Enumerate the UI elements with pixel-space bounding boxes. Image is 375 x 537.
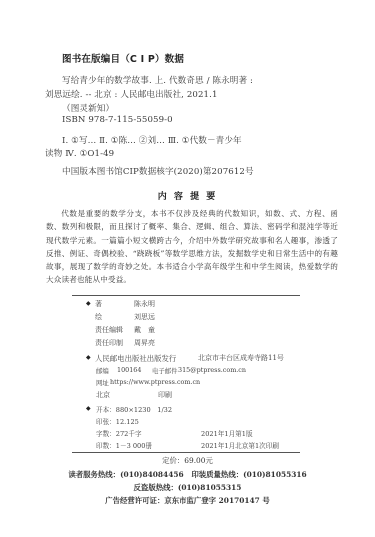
hotline-row: 读者服务热线：(010)84084456 印装质量热线：(010)8105531… <box>0 469 375 480</box>
publisher-name: 人民邮电出版社出版发行 <box>95 353 176 364</box>
words-spec: 字数：272千字 <box>96 428 142 438</box>
cip-publisher-line: 刘思远绘. -- 北京 : 人民邮电出版社, 2021.1 <box>45 88 218 100</box>
summary-body: 代数是重要的数学分支，本书不仅涉及经典的代数知识，如数、式、方程、函数、数列和极… <box>46 207 338 287</box>
ad-license-label: 广告经营许可证：京东市监广登字 <box>105 496 216 505</box>
website[interactable]: https://www.ptpress.com.cn <box>110 378 200 386</box>
copies-spec: 印数：1－3 000册 <box>96 440 152 450</box>
divider-top <box>72 295 300 296</box>
format-spec: 开本：880×1230 1/32 <box>96 404 172 414</box>
website-label: 网址 <box>96 378 109 387</box>
print-city: 北京 <box>96 390 110 400</box>
quality-hotline: (010)81055316 <box>243 470 307 479</box>
divider-bottom <box>72 452 300 453</box>
cip-record-number: 中国版本图书馆CIP数据核字(2020)第207612号 <box>62 165 254 177</box>
ad-license-row: 广告经营许可证：京东市监广登字 20170147 号 <box>0 495 375 506</box>
author-name: 陈永明 <box>134 299 155 309</box>
quality-hotline-label: 印装质量热线： <box>191 470 243 479</box>
cip-classification-line: Ⅰ. ①写… Ⅱ. ①陈… ②刘… Ⅲ. ①代数－青少年 <box>62 134 242 146</box>
postcode-label: 邮编 <box>96 366 109 375</box>
illustrator-name: 刘思远 <box>134 312 155 322</box>
bullet-icon: ◆ <box>86 300 91 307</box>
editor-name: 戴 童 <box>134 325 155 335</box>
postcode: 100164 <box>117 366 141 374</box>
editor-label: 责任编辑 <box>95 325 123 335</box>
ad-license-suffix: 号 <box>262 496 269 505</box>
reader-hotline: (010)84084456 <box>120 470 184 479</box>
cip-heading: 图书在版编目（C I P）数据 <box>62 51 184 65</box>
print-manager-name: 周昇亮 <box>134 338 155 348</box>
bullet-icon: ◆ <box>86 354 91 361</box>
print-manager-label: 责任印制 <box>95 338 123 348</box>
cip-isbn-line: ISBN 978-7-115-55059-0 <box>62 115 173 125</box>
email[interactable]: 315@ptpress.com.cn <box>178 366 246 374</box>
piracy-hotline: (010)81055315 <box>178 483 242 492</box>
piracy-row: 反盗版热线：(010)81055315 <box>0 482 375 493</box>
cip-classification-line-2: 读物 Ⅳ. ①O1-49 <box>45 147 114 159</box>
sheets-spec: 印张：12.125 <box>96 416 139 426</box>
summary-title: 内 容 提 要 <box>0 189 375 202</box>
impression-spec: 2021年1月北京第1次印刷 <box>201 440 279 450</box>
piracy-hotline-label: 反盗版热线： <box>134 483 178 492</box>
ad-license-number: 20170147 <box>219 496 260 505</box>
printing-label: 印刷 <box>158 390 172 400</box>
cip-title-line: 写给青少年的数学故事. 上. 代数奇思 / 陈永明著 : <box>62 74 253 86</box>
edition-spec: 2021年1月第1版 <box>201 428 253 438</box>
price: 定价：69.00元 <box>0 455 375 466</box>
author-label: 著 <box>95 299 102 309</box>
publisher-address: 北京市丰台区成寿寺路11号 <box>198 353 284 363</box>
email-label: 电子邮件 <box>152 366 178 375</box>
reader-hotline-label: 读者服务热线： <box>68 470 120 479</box>
cip-series-line: （图灵新知） <box>62 102 114 114</box>
bullet-icon: ◆ <box>86 405 91 412</box>
illustrator-label: 绘 <box>95 312 102 322</box>
